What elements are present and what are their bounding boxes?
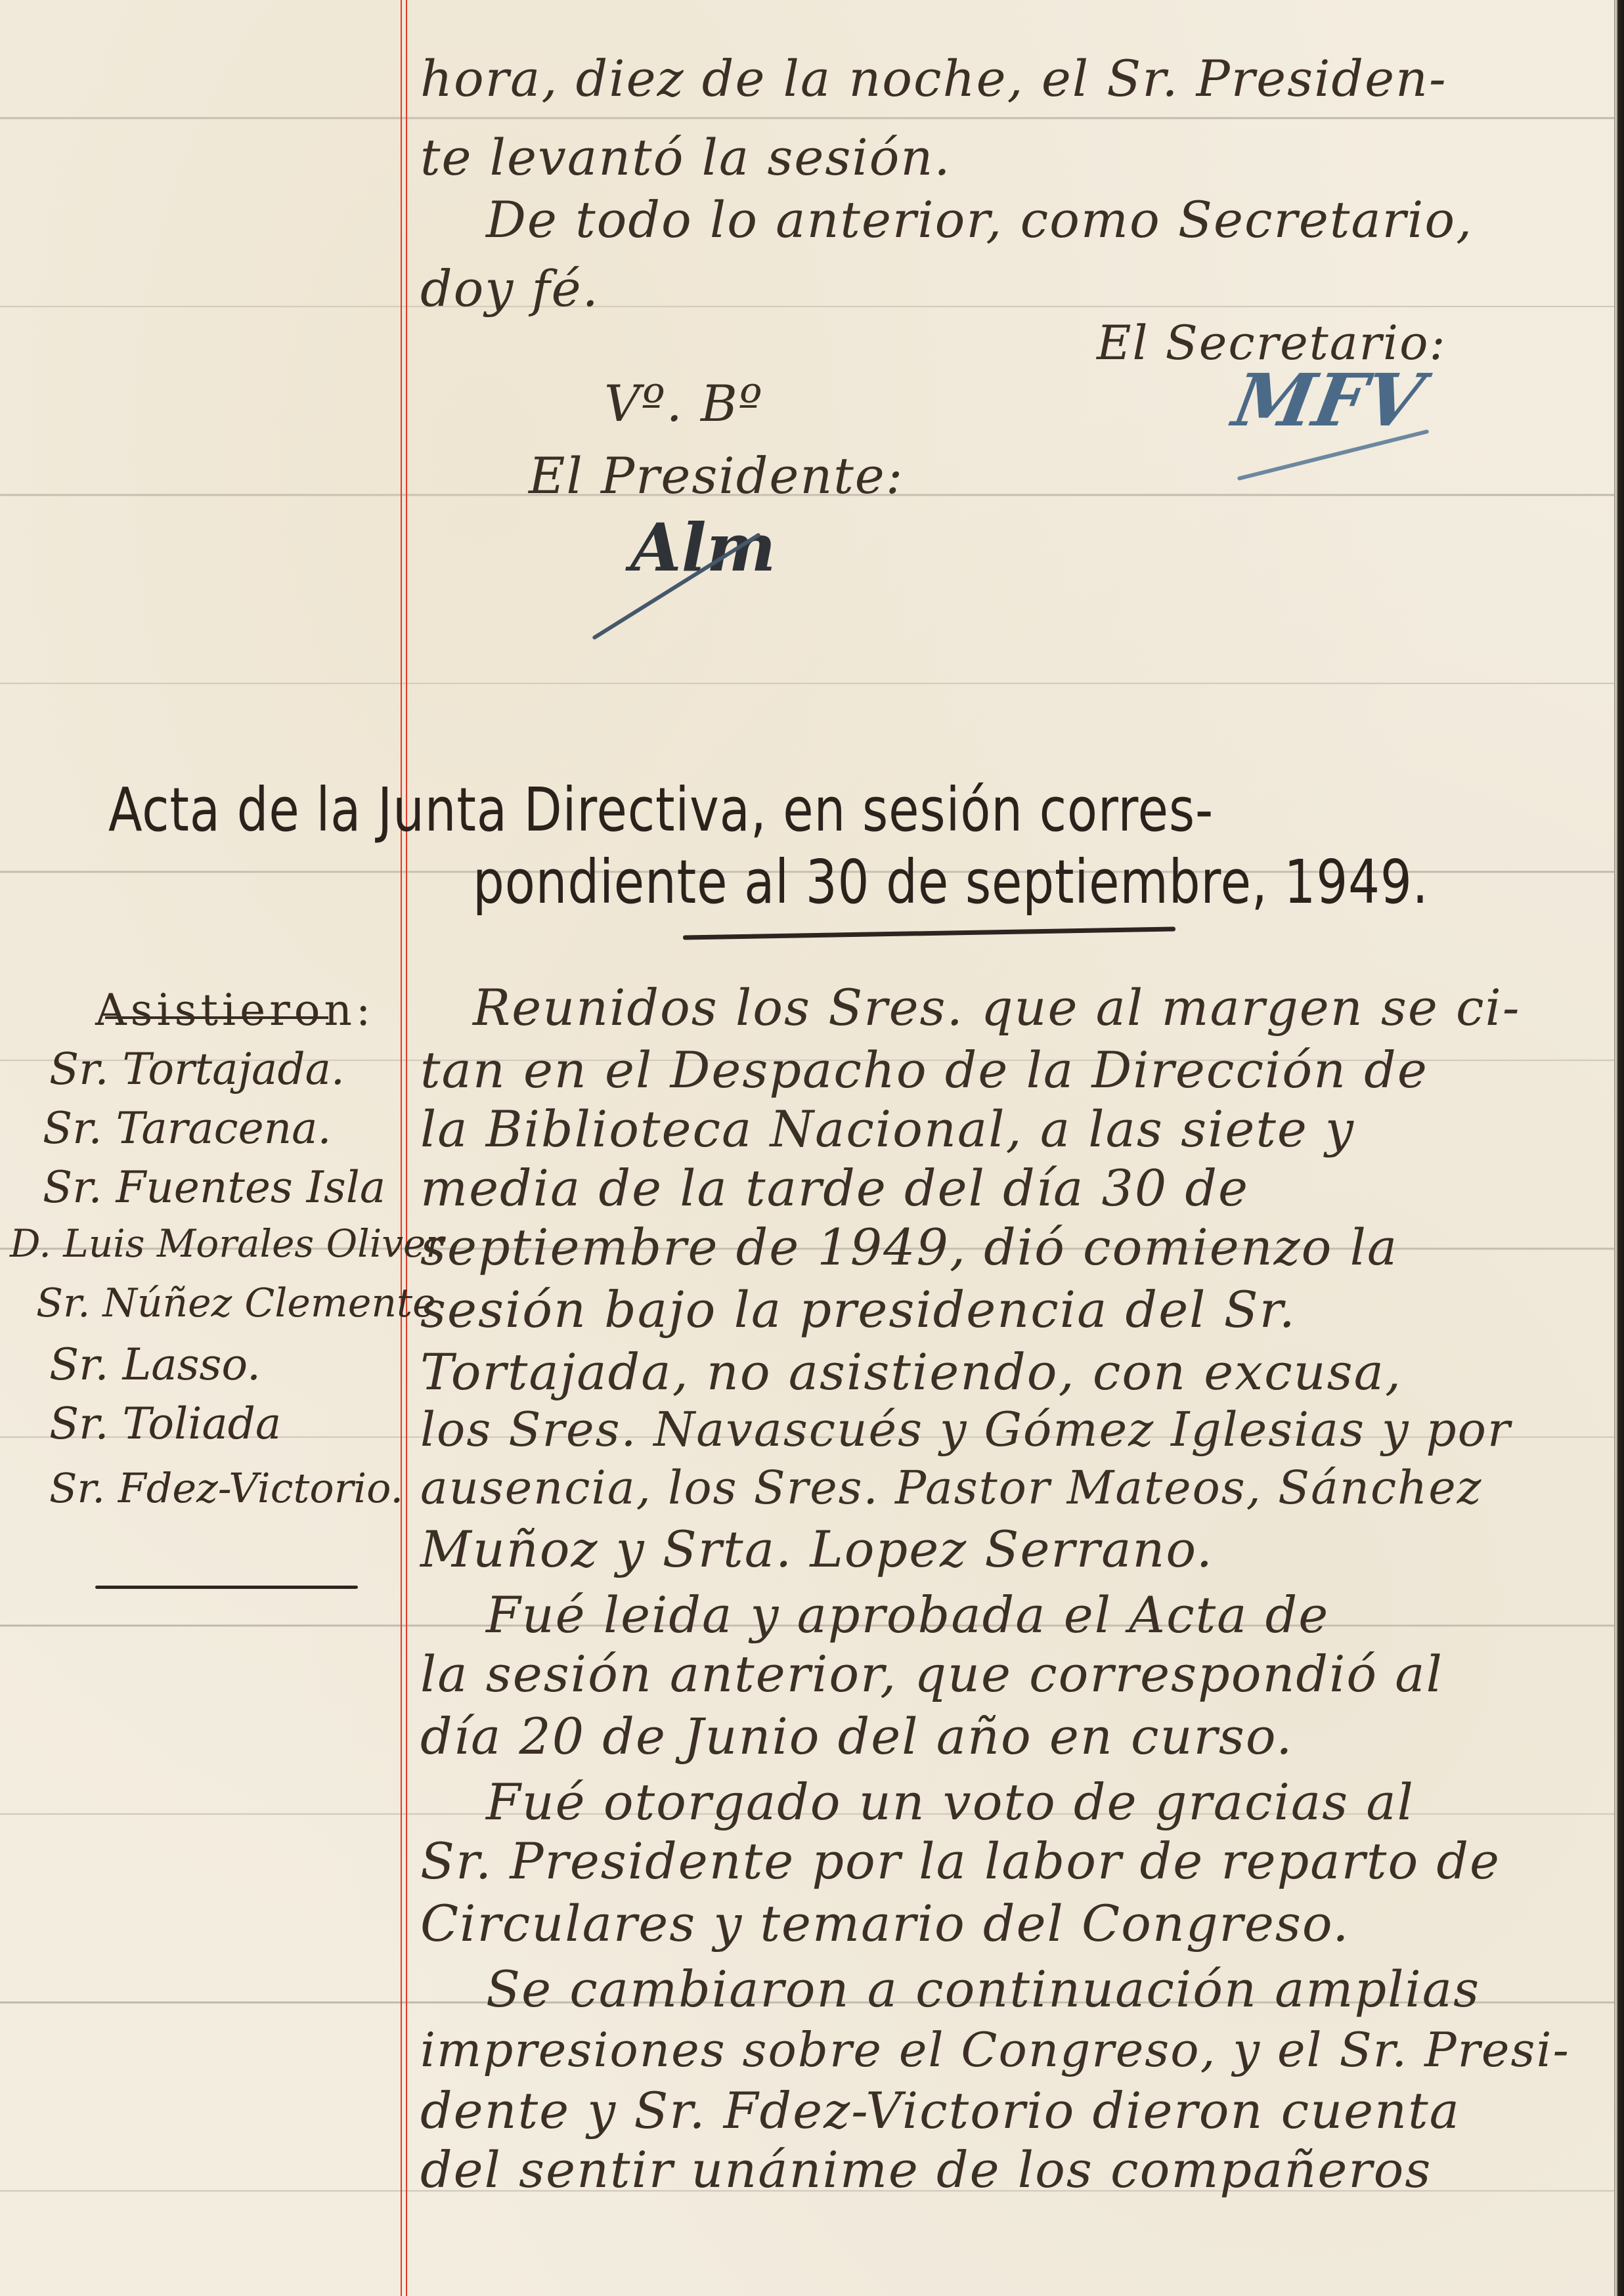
body-line: Tortajada, no asistiendo, con excusa, [420,1343,1402,1401]
attendees-heading-underline [105,1016,328,1019]
body-line: tan en el Despacho de la Dirección de [420,1041,1428,1099]
attendee-name: Sr. Fuentes Isla [43,1162,385,1213]
attendee-name: D. Luis Morales Oliver [10,1221,444,1266]
attendee-name: Sr. Tortajada. [49,1044,345,1094]
ledger-page: hora, diez de la noche, el Sr. Presiden-… [0,0,1614,2296]
attendee-name: Sr. Toliada [49,1398,281,1449]
body-line: septiembre de 1949, dió comienzo la [420,1218,1398,1276]
secretary-signature: MFV [1227,358,1430,443]
body-line: Se cambiaron a continuación amplias [486,1960,1480,2018]
president-label: El Presidente: [529,446,904,505]
attendee-name: Sr. Fdez-Victorio. [49,1464,403,1512]
body-line: la sesión anterior, que correspondió al [420,1645,1443,1703]
attendees-end-rule [95,1586,358,1589]
vb-label: Vº. Bº [604,374,764,433]
closing-line-4: doy fé. [420,259,600,318]
margin-rule-red [401,0,402,2296]
attendees-heading: Asistieron: [95,985,374,1035]
body-line: del sentir unánime de los compañeros [420,2140,1432,2199]
body-line: Muñoz y Srta. Lopez Serrano. [420,1520,1214,1578]
page-edge-binding [1614,0,1624,2296]
body-line: día 20 de Junio del año en curso. [420,1707,1293,1765]
body-line: Fué otorgado un voto de gracias al [486,1773,1415,1831]
body-line: Sr. Presidente por la labor de reparto d… [420,1832,1501,1890]
attendee-name: Sr. Taracena. [43,1103,331,1154]
margin-rule-red-secondary [406,0,407,2296]
minutes-title-line-1: Acta de la Junta Directiva, en sesión co… [108,775,1214,845]
attendee-name: Sr. Núñez Clemente [36,1280,436,1326]
body-line: sesión bajo la presidencia del Sr. [420,1280,1296,1339]
body-line: media de la tarde del día 30 de [420,1159,1249,1217]
minutes-title-line-2: pondiente al 30 de septiembre, 1949. [473,847,1428,917]
body-line: los Sres. Navascués y Gómez Iglesias y p… [420,1402,1511,1457]
body-line: impresiones sobre el Congreso, y el Sr. … [420,2022,1570,2077]
body-line: Reunidos los Sres. que al margen se ci- [473,978,1521,1037]
body-line: Circulares y temario del Congreso. [420,1894,1350,1953]
attendee-name: Sr. Lasso. [49,1339,261,1390]
president-signature: Alm [630,509,776,586]
body-line: dente y Sr. Fdez-Victorio dieron cuenta [420,2081,1460,2140]
closing-line-2: te levantó la sesión. [420,128,952,186]
body-line: la Biblioteca Nacional, a las siete y [420,1100,1355,1158]
title-underline [683,926,1175,940]
closing-line-1: hora, diez de la noche, el Sr. Presiden- [420,49,1447,108]
body-line: Fué leida y aprobada el Acta de [486,1586,1329,1644]
body-line: ausencia, los Sres. Pastor Mateos, Sánch… [420,1461,1483,1515]
closing-line-3: De todo lo anterior, como Secretario, [486,190,1473,249]
